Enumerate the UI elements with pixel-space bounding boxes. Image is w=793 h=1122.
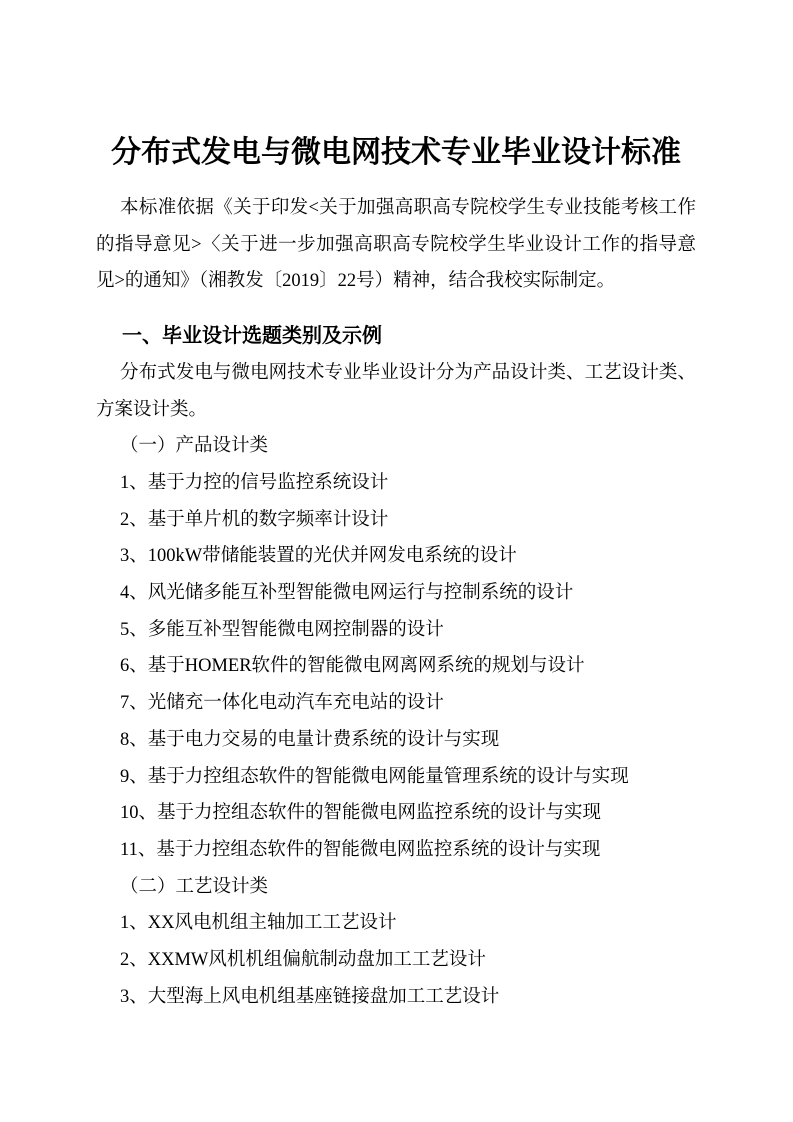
intro-paragraph: 本标准依据《关于印发<关于加强高职高专院校学生专业技能考核工作 的指导意见>〈关… (96, 190, 696, 300)
topic-item: 10、基于力控组态软件的智能微电网监控系统的设计与实现 (96, 795, 696, 832)
topic-item: 6、基于HOMER软件的智能微电网离网系统的规划与设计 (96, 648, 696, 685)
intro-line: 本标准依据《关于印发<关于加强高职高专院校学生专业技能考核工作 (96, 190, 696, 227)
topic-group-process-design: （二）工艺设计类 1、XX风电机组主轴加工工艺设计 2、XXMW风机机组偏航制动… (96, 869, 696, 1016)
intro-line: 见>的通知》（湘教发〔2019〕22号）精神，结合我校实际制定。 (96, 263, 696, 300)
topic-item: 2、XXMW风机机组偏航制动盘加工工艺设计 (96, 942, 696, 979)
topic-item: 11、基于力控组态软件的智能微电网监控系统的设计与实现 (96, 832, 696, 869)
document-body: 分布式发电与微电网技术专业毕业设计标准 本标准依据《关于印发<关于加强高职高专院… (96, 133, 696, 1015)
topic-item: 1、XX风电机组主轴加工工艺设计 (96, 905, 696, 942)
section-heading: 一、毕业设计选题类别及示例 (96, 318, 696, 355)
topic-item: 2、基于单片机的数字频率计设计 (96, 502, 696, 539)
topic-item: 5、多能互补型智能微电网控制器的设计 (96, 612, 696, 649)
lead-line: 分布式发电与微电网技术专业毕业设计分为产品设计类、工艺设计类、 (96, 355, 696, 392)
topic-group-product-design: （一）产品设计类 1、基于力控的信号监控系统设计 2、基于单片机的数字频率计设计… (96, 428, 696, 868)
intro-line: 的指导意见>〈关于进一步加强高职高专院校学生毕业设计工作的指导意 (96, 227, 696, 264)
topic-item: 9、基于力控组态软件的智能微电网能量管理系统的设计与实现 (96, 759, 696, 796)
document-title: 分布式发电与微电网技术专业毕业设计标准 (96, 133, 696, 173)
topic-item: 3、大型海上风电机组基座链接盘加工工艺设计 (96, 979, 696, 1016)
topic-item: 3、100kW带储能装置的光伏并网发电系统的设计 (96, 538, 696, 575)
topic-item: 4、风光储多能互补型智能微电网运行与控制系统的设计 (96, 575, 696, 612)
document-page: 分布式发电与微电网技术专业毕业设计标准 本标准依据《关于印发<关于加强高职高专院… (0, 0, 793, 1122)
topic-item: 1、基于力控的信号监控系统设计 (96, 465, 696, 502)
group-label: （二）工艺设计类 (96, 869, 696, 906)
topic-item: 7、光储充一体化电动汽车充电站的设计 (96, 685, 696, 722)
section-lead-paragraph: 分布式发电与微电网技术专业毕业设计分为产品设计类、工艺设计类、 方案设计类。 (96, 355, 696, 428)
lead-line: 方案设计类。 (96, 392, 696, 429)
topic-item: 8、基于电力交易的电量计费系统的设计与实现 (96, 722, 696, 759)
group-label: （一）产品设计类 (96, 428, 696, 465)
